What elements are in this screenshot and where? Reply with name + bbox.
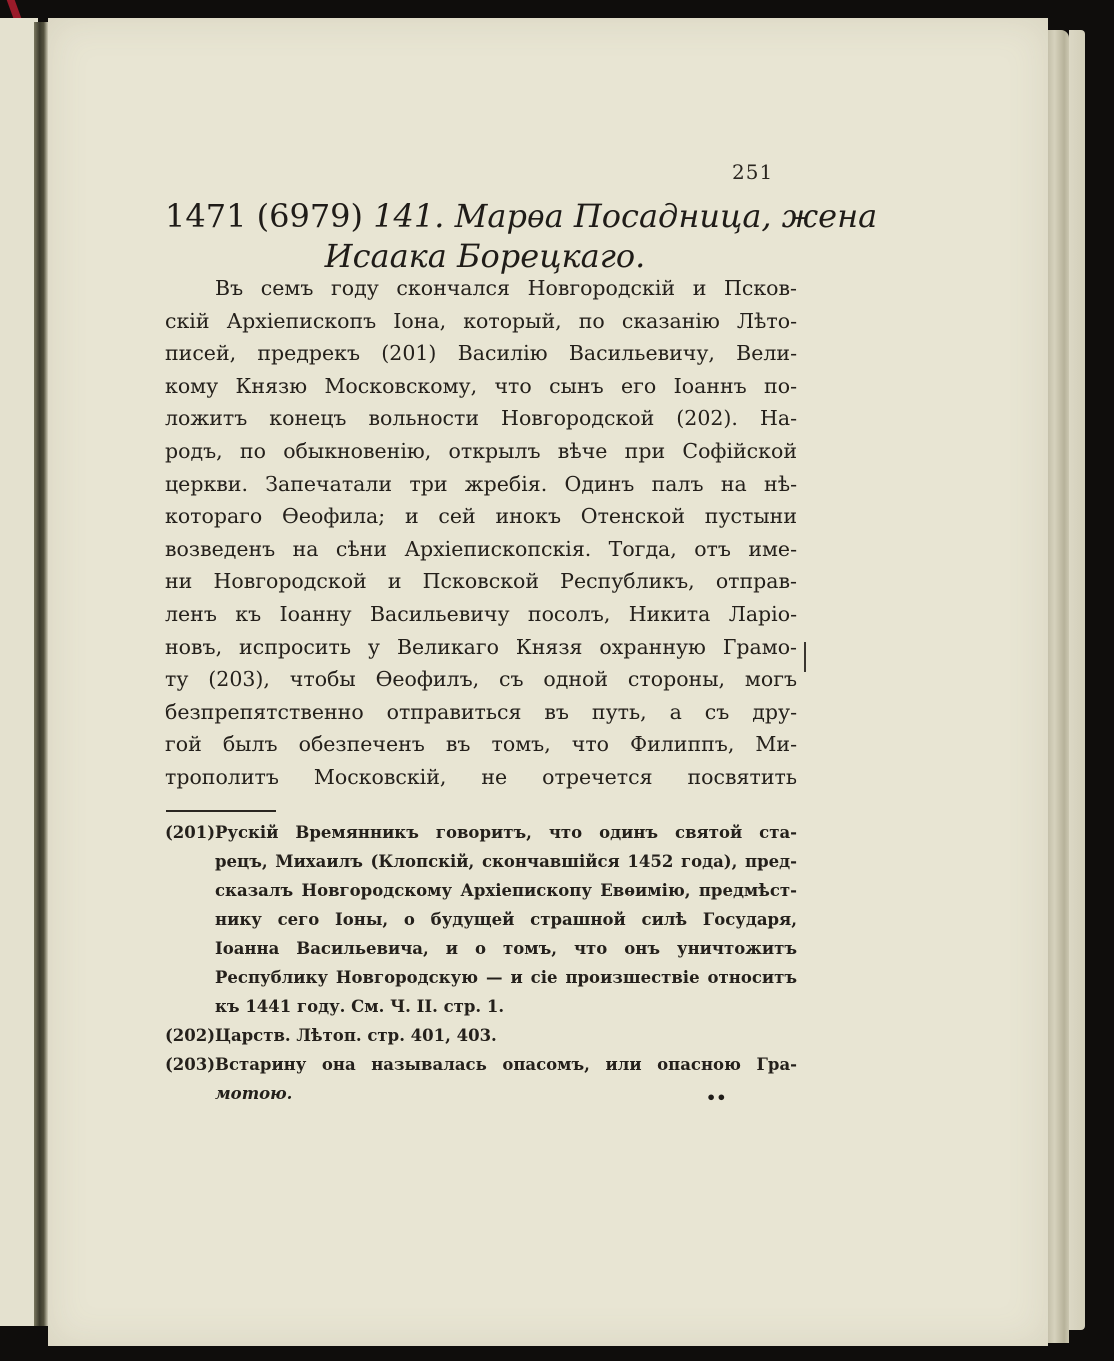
footnote-number: (202) xyxy=(165,1021,215,1050)
footnotes: (201) Рускій Времянникъ говоритъ, что од… xyxy=(165,818,797,1108)
main-body-text: Въ семъ году скончался Новгородскій и Пс… xyxy=(165,272,797,794)
book-gutter xyxy=(34,22,48,1326)
body-line: ложитъ конецъ вольности Новгородской (20… xyxy=(165,402,797,435)
page-stack-edge-outer xyxy=(1069,30,1085,1330)
footnote-line: Царств. Лѣтоп. стр. 401, 403. xyxy=(215,1021,797,1050)
footnote-line: Республику Новгородскую — и сіе произшес… xyxy=(215,963,797,992)
footnote-203: (203) Встарину она называлась опасомъ, и… xyxy=(165,1050,797,1108)
footnote-202: (202) Царств. Лѣтоп. стр. 401, 403. xyxy=(165,1021,797,1050)
footnote-line: сказалъ Новгородскому Архіепископу Евѳим… xyxy=(215,876,797,905)
body-line: кому Князю Московскому, что сынъ его Іоа… xyxy=(165,370,797,403)
page-number: 251 xyxy=(732,160,773,184)
body-line: ту (203), чтобы Ѳеофилъ, съ одной сторон… xyxy=(165,663,797,696)
body-line: Въ семъ году скончался Новгородскій и Пс… xyxy=(165,272,797,305)
footnote-line: къ 1441 году. См. Ч. II. стр. 1. xyxy=(215,992,797,1021)
margin-mark xyxy=(804,642,806,672)
body-line: скій Архіепископъ Іона, который, по сказ… xyxy=(165,305,797,338)
footnote-line: рецъ, Михаилъ (Клопскій, скончавшійся 14… xyxy=(215,847,797,876)
heading-line-2: Исаака Борецкаго. xyxy=(165,236,805,276)
body-line: новъ, испросить у Великаго Князя охранну… xyxy=(165,631,797,664)
footnote-line: Рускій Времянникъ говоритъ, что одинъ св… xyxy=(215,818,797,847)
body-line: ни Новгородской и Псковской Республикъ, … xyxy=(165,565,797,598)
footnote-number: (203) xyxy=(165,1050,215,1079)
footnote-number: (201) xyxy=(165,818,215,847)
body-line: безпрепятственно отправиться въ путь, а … xyxy=(165,696,797,729)
footnote-line: Іоанна Васильевича, и о томъ, что онъ ун… xyxy=(215,934,797,963)
body-line: ленъ къ Іоанну Васильевичу посолъ, Никит… xyxy=(165,598,797,631)
footnote-separator xyxy=(166,810,276,812)
left-page-edge xyxy=(0,18,38,1326)
body-line: возведенъ на сѣни Архіепископскія. Тогда… xyxy=(165,533,797,566)
footnote-line: нику сего Іоны, о будущей страшной силѣ … xyxy=(215,905,797,934)
body-line: котораго Ѳеофила; и сей инокъ Отенской п… xyxy=(165,500,797,533)
heading-title: 141. Марѳа Посадница, жена xyxy=(373,197,877,235)
red-bookmark-ribbon xyxy=(7,0,22,18)
footnote-text: Царств. Лѣтоп. стр. 401, 403. xyxy=(165,1021,797,1050)
body-line: гой былъ обезпеченъ въ томъ, что Филиппъ… xyxy=(165,728,797,761)
body-line: писей, предрекъ (201) Василію Васильевич… xyxy=(165,337,797,370)
page-stack-edge xyxy=(1045,30,1069,1343)
body-line: церкви. Запечатали три жребія. Одинъ пал… xyxy=(165,468,797,501)
chapter-heading: 1471 (6979) 141. Марѳа Посадница, жена И… xyxy=(165,196,805,276)
footnote-text: Рускій Времянникъ говоритъ, что одинъ св… xyxy=(165,818,797,1021)
body-line: трополитъ Московскій, не отречется посвя… xyxy=(165,761,797,794)
catchword-mark: •• xyxy=(706,1088,726,1107)
footnote-201: (201) Рускій Времянникъ говоритъ, что од… xyxy=(165,818,797,1021)
heading-year: 1471 (6979) xyxy=(165,197,363,235)
body-line: родъ, по обыкновенію, открылъ вѣче при С… xyxy=(165,435,797,468)
footnote-line: Встарину она называлась опасомъ, или опа… xyxy=(215,1050,797,1079)
footnote-text: Встарину она называлась опасомъ, или опа… xyxy=(165,1050,797,1108)
heading-line-1: 1471 (6979) 141. Марѳа Посадница, жена xyxy=(165,196,805,236)
